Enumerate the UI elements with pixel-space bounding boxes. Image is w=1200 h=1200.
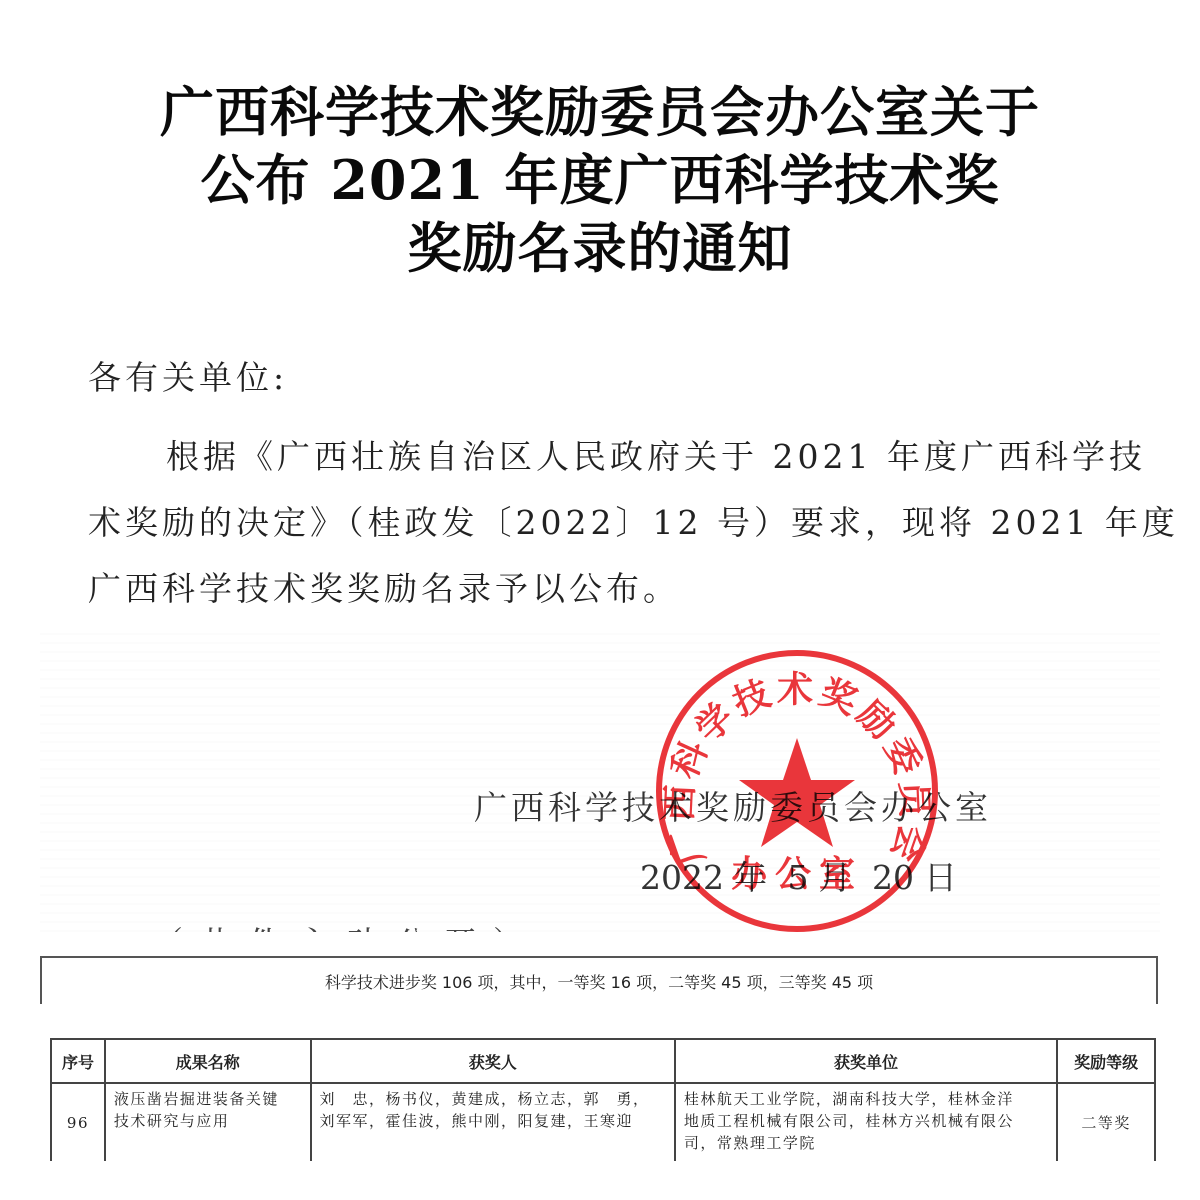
units-line-1: 桂林航天工业学院，湖南科技大学，桂林金洋 — [684, 1088, 1048, 1110]
units-line-2: 地质工程机械有限公司，桂林方兴机械有限公 — [684, 1110, 1048, 1132]
cell-award-level: 二等奖 — [1057, 1083, 1155, 1161]
header-winners: 获奖人 — [311, 1039, 675, 1083]
truncated-note: （此件主动公开） — [150, 922, 542, 932]
body-line-1: 根据《广西壮族自治区人民政府关于 2021 年度广西科学技 — [88, 424, 1148, 490]
award-summary: 科学技术进步奖 106 项，其中，一等奖 16 项，二等奖 45 项，三等奖 4… — [40, 956, 1158, 1004]
date-day: 20 — [872, 858, 914, 897]
scanned-region — [40, 632, 1160, 932]
cell-winners: 刘 忠，杨书仪，黄建成，杨立志，郭 勇， 刘军军，霍佳波，熊中刚，阳复建，王寒迎 — [311, 1083, 675, 1161]
title-line-2: 公布 2021 年度广西科学技术奖 — [0, 146, 1200, 214]
salutation: 各有关单位: — [88, 356, 288, 400]
date-year: 2022 — [640, 858, 724, 897]
cell-achievement-name: 液压凿岩掘进装备关键 技术研究与应用 — [105, 1083, 311, 1161]
cell-seq: 96 — [51, 1083, 105, 1161]
award-summary-text: 科学技术进步奖 106 项，其中，一等奖 16 项，二等奖 45 项，三等奖 4… — [325, 970, 873, 993]
title-line-3: 奖励名录的通知 — [0, 214, 1200, 282]
table-row: 96 液压凿岩掘进装备关键 技术研究与应用 刘 忠，杨书仪，黄建成，杨立志，郭 … — [51, 1083, 1155, 1161]
units-line-3: 司，常熟理工学院 — [684, 1132, 1048, 1154]
title-line-1: 广西科学技术奖励委员会办公室关于 — [0, 78, 1200, 146]
winners-line-2: 刘军军，霍佳波，熊中刚，阳复建，王寒迎 — [320, 1110, 666, 1132]
body-line-2: 术奖励的决定》（桂政发〔2022〕12 号）要求，现将 2021 年度 — [88, 490, 1148, 556]
award-table: 序号 成果名称 获奖人 获奖单位 奖励等级 96 液压凿岩掘进装备关键 技术研究… — [50, 1038, 1156, 1161]
header-achievement-name: 成果名称 — [105, 1039, 311, 1083]
header-seq: 序号 — [51, 1039, 105, 1083]
body-line-3: 广西科学技术奖奖励名录予以公布。 — [88, 556, 1148, 622]
header-award-level: 奖励等级 — [1057, 1039, 1155, 1083]
name-line-1: 液压凿岩掘进装备关键 — [114, 1088, 302, 1110]
document-title: 广西科学技术奖励委员会办公室关于 公布 2021 年度广西科学技术奖 奖励名录的… — [0, 78, 1200, 282]
winners-line-1: 刘 忠，杨书仪，黄建成，杨立志，郭 勇， — [320, 1088, 666, 1110]
date-month-label: 月 — [818, 858, 851, 897]
cell-units: 桂林航天工业学院，湖南科技大学，桂林金洋 地质工程机械有限公司，桂林方兴机械有限… — [675, 1083, 1057, 1161]
document-date: 2022年 5月 20日 — [640, 856, 967, 900]
date-day-label: 日 — [924, 858, 957, 897]
table-header-row: 序号 成果名称 获奖人 获奖单位 奖励等级 — [51, 1039, 1155, 1083]
body-paragraph: 根据《广西壮族自治区人民政府关于 2021 年度广西科学技 术奖励的决定》（桂政… — [88, 424, 1148, 622]
date-year-label: 年 — [734, 858, 767, 897]
date-month: 5 — [787, 858, 808, 897]
header-units: 获奖单位 — [675, 1039, 1057, 1083]
signature-organization: 广西科学技术奖励委员会办公室 — [474, 786, 992, 830]
name-line-2: 技术研究与应用 — [114, 1110, 302, 1132]
